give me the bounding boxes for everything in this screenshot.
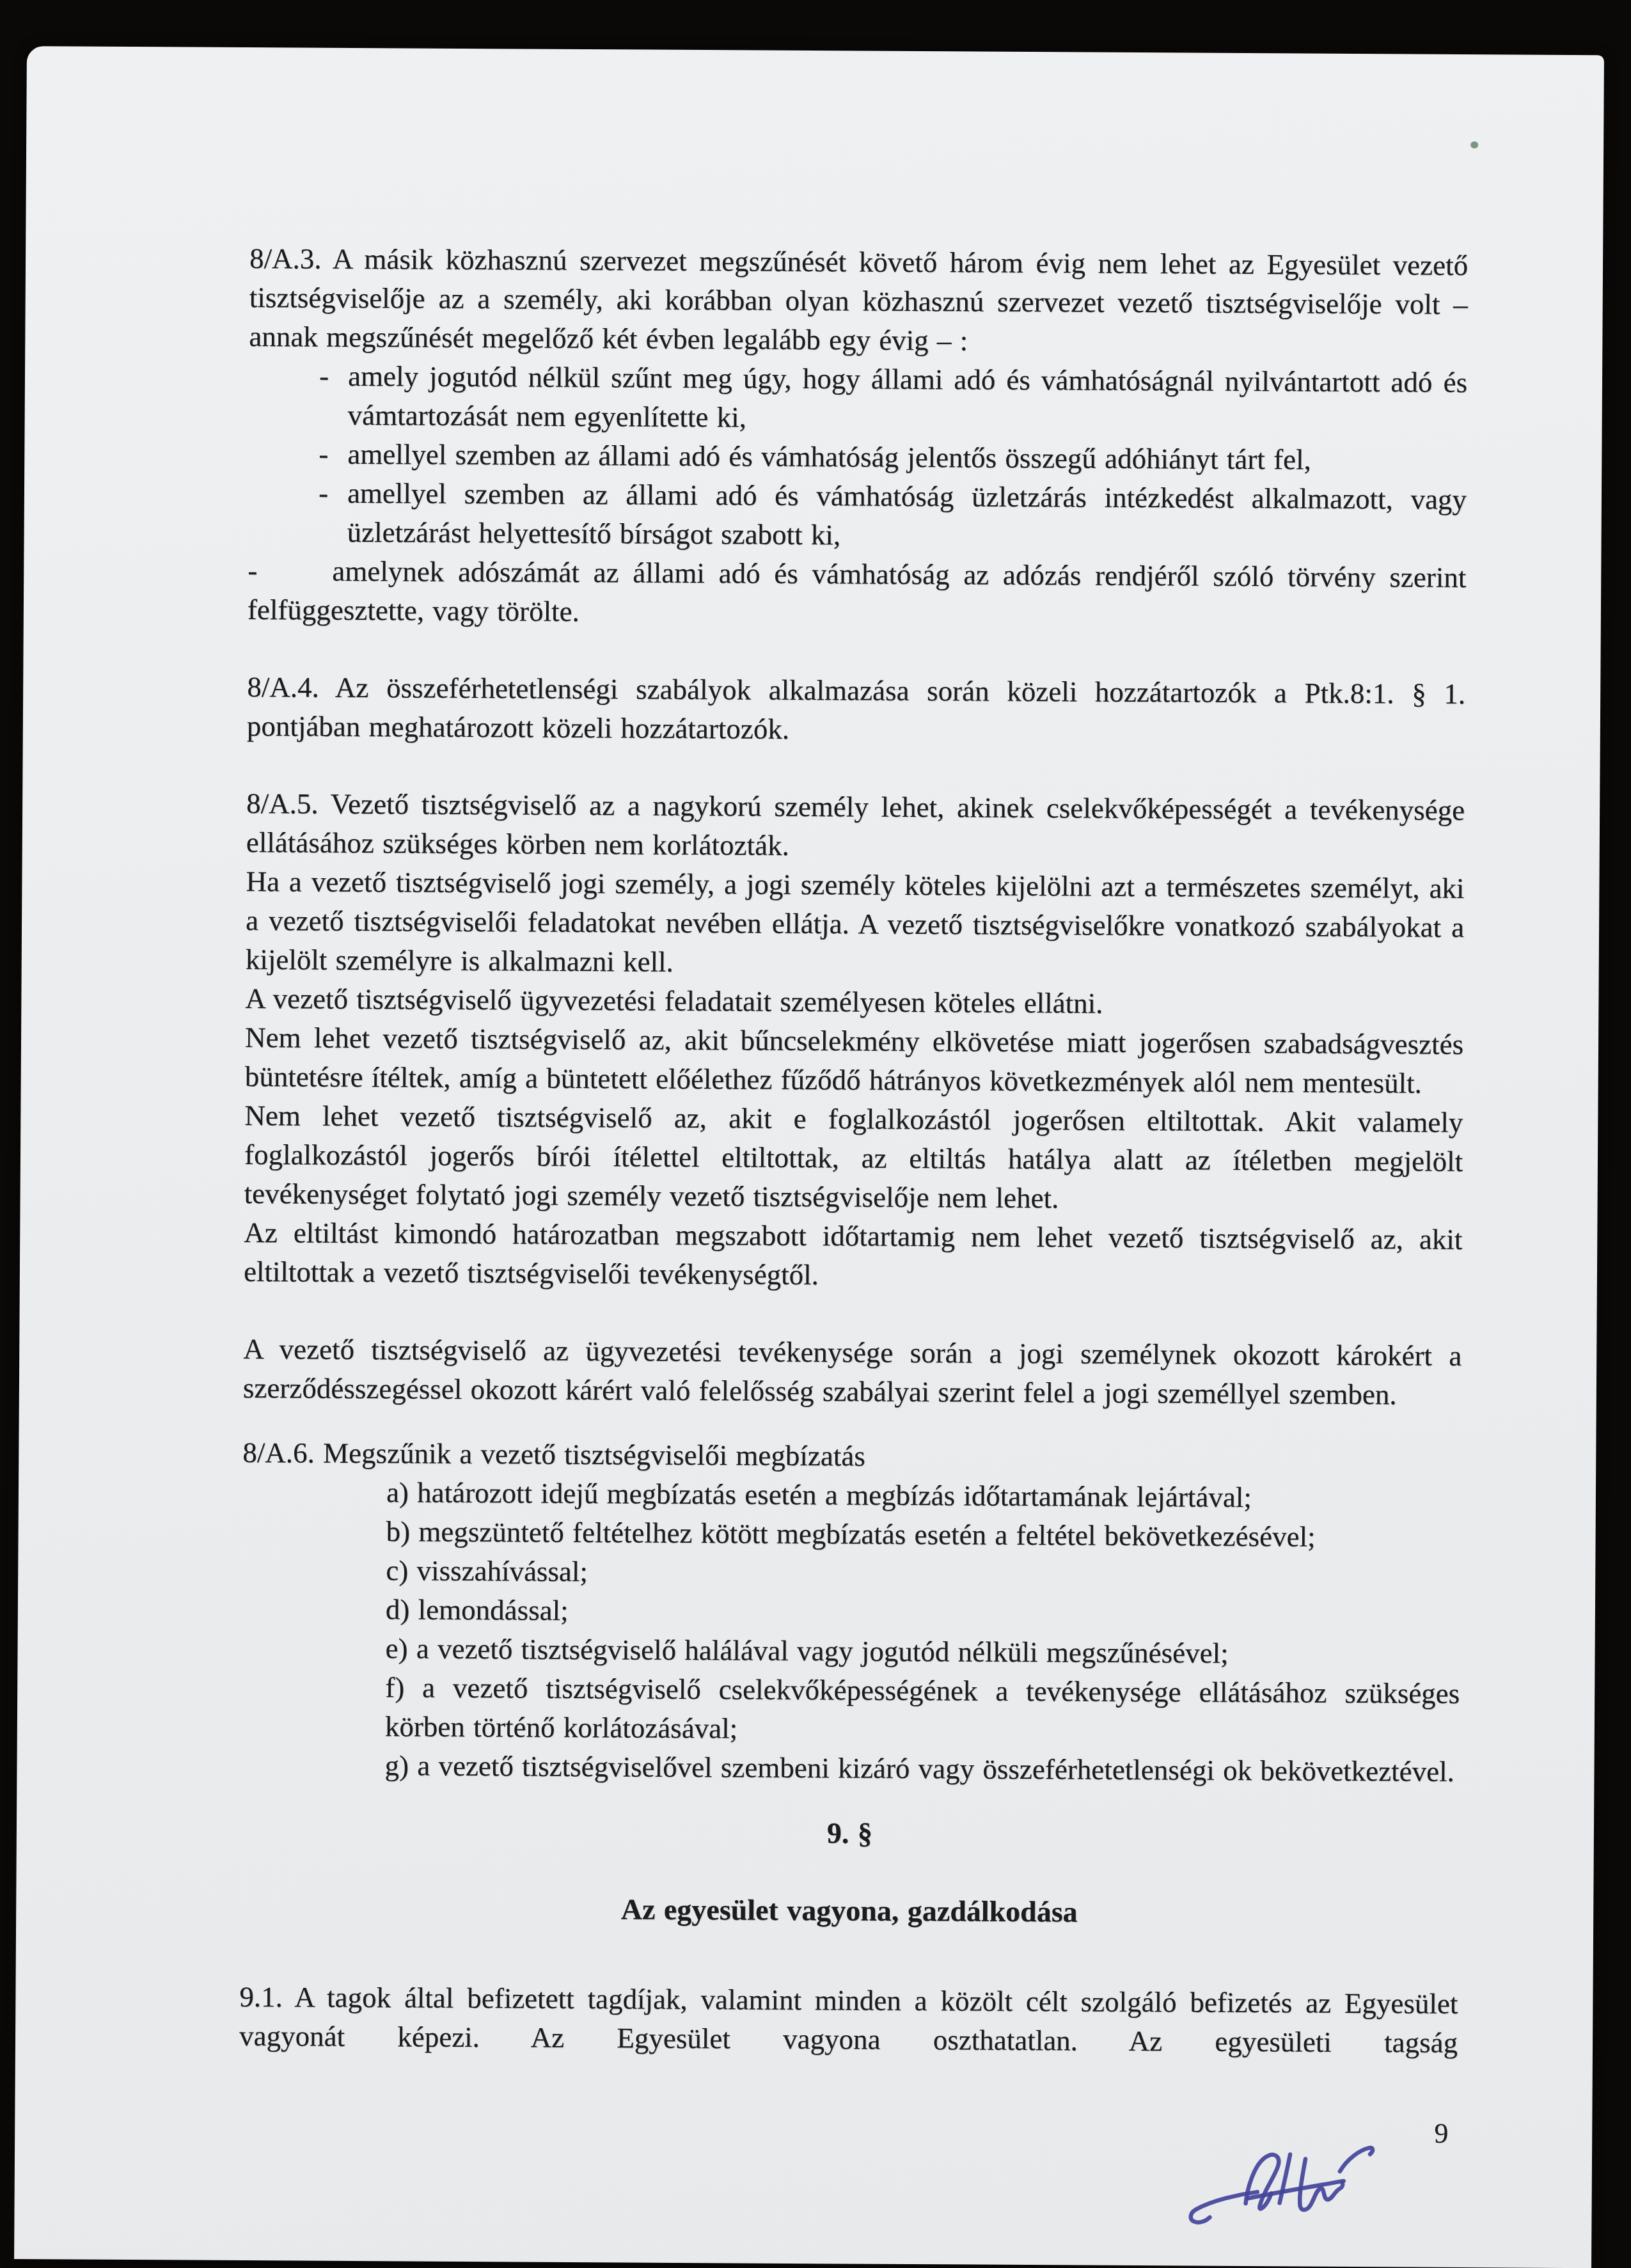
list-item-text: amellyel szemben az állami adó és vámhat…	[347, 477, 1467, 551]
bullet-dash: -	[319, 435, 328, 474]
chapter-title: Az egyesület vagyona, gazdálkodása	[240, 1887, 1458, 1933]
bullet-dash: -	[319, 357, 329, 396]
paragraph-8a5-2: Ha a vezető tisztségviselő jogi személy,…	[246, 862, 1465, 986]
list-item: - amellyel szemben az állami adó és vámh…	[248, 434, 1467, 480]
list-item: c) visszahívással;	[242, 1550, 1460, 1596]
signature-icon	[1149, 2117, 1387, 2233]
paragraph-8a5-5: Nem lehet vezető tisztségviselő az, akit…	[244, 1096, 1463, 1220]
paragraph-8a3-last-item: -amelynek adószámát az állami adó és vám…	[248, 551, 1467, 636]
list-8a6: a) határozott idejű megbízatás esetén a …	[240, 1472, 1461, 1792]
ink-speck	[1470, 141, 1478, 148]
document-text-block: 8/A.3. A másik közhasznú szervezet megsz…	[239, 239, 1468, 2063]
list-item-text: amelynek adószámát az állami adó és vámh…	[248, 555, 1467, 627]
list-item-text: amellyel szemben az állami adó és vámhat…	[347, 438, 1311, 476]
scanned-page: 8/A.3. A másik közhasznú szervezet megsz…	[14, 46, 1604, 2245]
list-item: b) megszüntető feltételhez kötött megbíz…	[242, 1511, 1460, 1557]
paragraph-8a4: 8/A.4. Az összeférhetetlenségi szabályok…	[247, 668, 1466, 753]
section-8a6: 8/A.6. Megszűnik a vezető tisztségviselő…	[240, 1433, 1461, 1792]
paragraph-91: 9.1. A tagok által befizetett tagdíjak, …	[239, 1978, 1458, 2063]
list-item: e) a vezető tisztségviselő halálával vag…	[241, 1628, 1460, 1674]
indent-gap	[260, 580, 332, 581]
list-item: a) határozott idejű megbízatás esetén a …	[242, 1472, 1461, 1518]
paragraph-8a6-intro: 8/A.6. Megszűnik a vezető tisztségviselő…	[242, 1433, 1461, 1479]
list-item: g) a vezető tisztségviselővel szembeni k…	[240, 1745, 1459, 1792]
list-item: d) lemondással;	[242, 1589, 1460, 1635]
signature-scribble	[1149, 2117, 1387, 2233]
paragraph-8a5-3: A vezető tisztségviselő ügyvezetési fela…	[245, 979, 1463, 1025]
paragraph-8a5-6: Az eltiltást kimondó határozatban megsza…	[244, 1213, 1463, 1298]
list-item: - amellyel szemben az állami adó és vámh…	[248, 473, 1467, 558]
page-number: 9	[1415, 2117, 1467, 2150]
section-8a5: 8/A.5. Vezető tisztségviselő az a nagyko…	[244, 784, 1465, 1298]
paragraph-liability: A vezető tisztségviselő az ügyvezetési t…	[243, 1330, 1462, 1415]
list-item: - amely jogutód nélkül szűnt meg úgy, ho…	[249, 356, 1468, 441]
list-item: f) a vezető tisztségviselő cselekvőképes…	[241, 1667, 1460, 1752]
bullet-dash: -	[319, 474, 328, 513]
list-8a3: - amely jogutód nélkül szűnt meg úgy, ho…	[248, 356, 1467, 558]
bullet-dash: -	[248, 551, 260, 590]
paragraph-8a5-4: Nem lehet vezető tisztségviselő az, akit…	[245, 1018, 1464, 1103]
paragraph-8a3-intro: 8/A.3. A másik közhasznú szervezet megsz…	[249, 239, 1468, 363]
section-heading-9: 9. §	[240, 1810, 1459, 1856]
paragraph-8a5-1: 8/A.5. Vezető tisztségviselő az a nagyko…	[246, 784, 1465, 869]
list-item-text: amely jogutód nélkül szűnt meg úgy, hogy…	[348, 360, 1468, 434]
scanner-background: 8/A.3. A másik közhasznú szervezet megsz…	[0, 0, 1631, 2245]
